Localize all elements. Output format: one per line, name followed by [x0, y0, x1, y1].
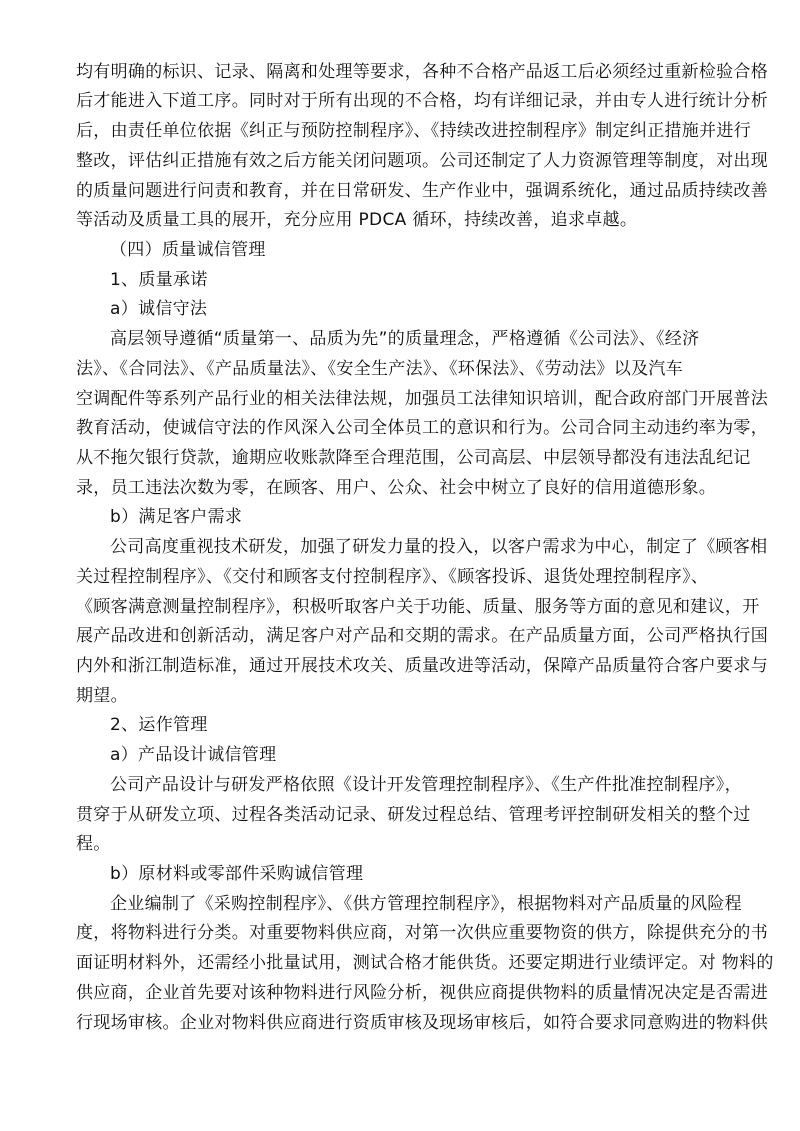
section-heading: （四）质量诚信管理: [110, 239, 266, 261]
item-heading: b）原材料或零部件采购诚信管理: [110, 863, 363, 885]
item-heading: a）诚信守法: [110, 298, 207, 320]
body-line: 后才能进入下道工序。同时对于所有出现的不合格，均有详细记录，并由专人进行统计分析: [76, 90, 768, 112]
body-line: 行现场审核。企业对物料供应商进行资质审核及现场审核后，如符合要求同意购进的物料供: [76, 1012, 768, 1034]
body-line: 期望。: [76, 685, 128, 707]
item-heading: a）产品设计诚信管理: [110, 744, 276, 766]
document-page: 均有明确的标识、记录、隔离和处理等要求，各种不合格产品返工后必须经过重新检验合格…: [0, 0, 800, 1131]
body-line: 供应商，企业首先要对该种物料进行风险分析，视供应商提供物料的质量情况决定是否需进: [76, 982, 768, 1004]
body-line: 贯穿于从研发立项、过程各类活动记录、研发过程总结、管理考评控制研发相关的整个过: [76, 804, 751, 826]
body-line: 法》、《合同法》、《产品质量法》、《安全生产法》、《环保法》、《劳动法》以及汽车: [76, 358, 683, 380]
body-line: 录，员工违法次数为零，在顾客、用户、公众、社会中树立了良好的信用道德形象。: [76, 477, 716, 499]
paragraph-first-line: 公司高度重视技术研发，加强了研发力量的投入，以客户需求为中心，制定了《顾客相: [110, 536, 767, 558]
body-line: 后，由责任单位依据《纠正与预防控制程序》、《持续改进控制程序》制定纠正措施并进行: [76, 120, 751, 142]
body-line: 程。: [76, 833, 111, 855]
paragraph-first-line: 高层领导遵循“质量第一、品质为先”的质量理念，严格遵循《公司法》、《经济: [110, 328, 699, 350]
body-line: 整改，评估纠正措施有效之后方能关闭问题项。公司还制定了人力资源管理等制度，对出现: [76, 150, 768, 172]
item-heading: b）满足客户需求: [110, 506, 242, 528]
body-line: 教育活动，使诚信守法的作风深入公司全体员工的意识和行为。公司合同主动违约率为零，: [76, 417, 768, 439]
paragraph-first-line: 企业编制了《采购控制程序》、《供方管理控制程序》，根据物料对产品质量的风险程: [110, 893, 742, 915]
body-line: 度，将物料进行分类。对重要物料供应商，对第一次供应重要物资的供方，除提供充分的书: [76, 922, 768, 944]
paragraph-first-line: 公司产品设计与研发严格依照《设计开发管理控制程序》、《生产件批准控制程序》，: [110, 774, 742, 796]
body-line: 展产品改进和创新活动，满足客户对产品和交期的需求。在产品质量方面，公司严格执行国: [76, 625, 768, 647]
body-line: 面证明材料外，还需经小批量试用，测试合格才能供货。还要定期进行业绩评定。对 物料…: [76, 952, 774, 974]
body-line: 等活动及质量工具的展开，充分应用 PDCA 循环，持续改善，追求卓越。: [76, 209, 637, 231]
subsection-heading: 1、质量承诺: [110, 269, 208, 291]
body-line: 空调配件等系列产品行业的相关法律法规，加强员工法律知识培训，配合政府部门开展普法: [76, 388, 768, 410]
body-line: 内外和浙江制造标准，通过开展技术攻关、质量改进等活动，保障产品质量符合客户要求与: [76, 655, 768, 677]
subsection-heading: 2、运作管理: [110, 714, 208, 736]
body-line: 从不拖欠银行贷款，逾期应收账款降至合理范围，公司高层、中层领导都没有违法乱纪记: [76, 447, 751, 469]
body-line: 《顾客满意测量控制程序》，积极听取客户关于功能、质量、服务等方面的意见和建议，开: [76, 596, 760, 618]
body-line: 的质量问题进行问责和教育，并在日常研发、生产作业中，强调系统化，通过品质持续改善: [76, 180, 768, 202]
body-line: 均有明确的标识、记录、隔离和处理等要求，各种不合格产品返工后必须经过重新检验合格: [76, 61, 768, 83]
body-line: 关过程控制程序》、《交付和顾客支付控制程序》、《顾客投诉、退货处理控制程序》、: [76, 566, 708, 588]
